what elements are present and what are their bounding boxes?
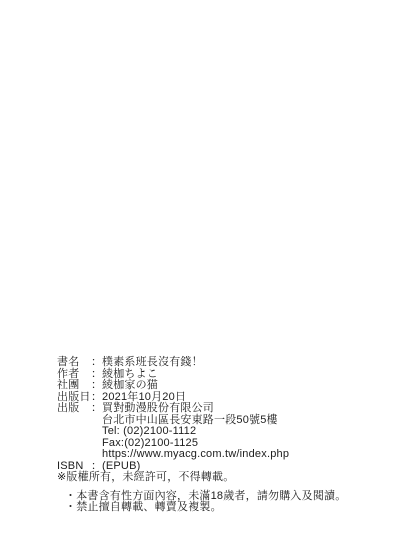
publication-date: 2021年10月20日 <box>102 391 186 403</box>
notice-no-reproduction: ・禁止擅自轉載、轉賣及複製。 <box>65 502 387 514</box>
publisher-address: 台北市中山區長安東路一段50號5樓 <box>102 414 278 426</box>
author-name: 綾枷ちよこ <box>102 368 158 380</box>
book-title: 樸素系班長沒有錢！ <box>102 356 203 368</box>
field-label-circle: 社團 <box>57 380 91 392</box>
circle-name: 綾枷家の猫 <box>102 379 158 391</box>
bullet-glyph: ・ <box>65 490 76 502</box>
fax-number: Fax:(02)2100-1125 <box>102 437 198 449</box>
field-label-publisher: 出版 <box>57 403 91 415</box>
telephone-number: Tel: (02)2100-1112 <box>102 425 196 437</box>
publisher-url: https://www.myacg.com.tw/index.php <box>102 448 289 460</box>
publisher-name: 買對動漫股份有限公司 <box>102 402 214 414</box>
notices-block: ・本書含有性方面內容，未滿18歲者，請勿購入及閱讀。 ・禁止擅自轉載、轉賣及複製… <box>57 491 387 514</box>
field-label-title: 書名 <box>57 357 91 369</box>
field-colon: ： <box>91 403 102 415</box>
field-colon: ： <box>91 357 102 369</box>
bullet-glyph: ・ <box>65 501 76 513</box>
field-colon: ： <box>91 380 102 392</box>
isbn-value: (EPUB) <box>102 460 140 472</box>
colophon-block: 書名：樸素系班長沒有錢！ 作者：綾枷ちよこ 社團：綾枷家の猫 出版日：2021年… <box>57 357 387 514</box>
notice-adult-content-text: 本書含有性方面內容，未滿18歲者，請勿購入及閱讀。 <box>76 490 346 502</box>
notice-no-reproduction-text: 禁止擅自轉載、轉賣及複製。 <box>76 501 222 513</box>
copyright-note: ※版權所有，未經許可，不得轉載。 <box>57 472 387 484</box>
